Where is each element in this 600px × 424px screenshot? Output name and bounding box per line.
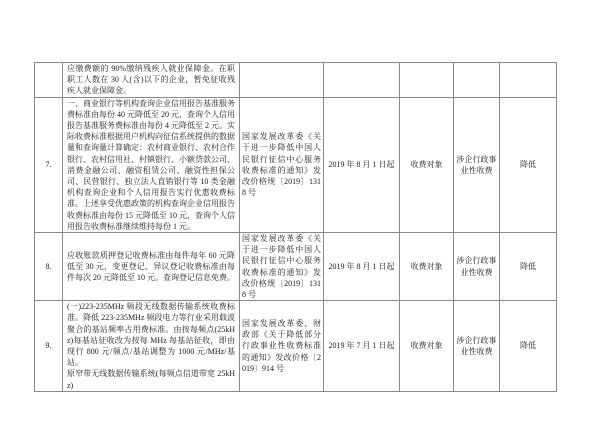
category-cell: 涉企行政事业性收费 xyxy=(454,301,500,392)
document-page: 应缴费额的 90%缴纳残疾人就业保障金。在职职工人数在 30 人(含)以下的企业… xyxy=(0,0,600,424)
policy-basis-cell: 国家发展改革委《关于进一步降低中国人民银行征信中心服务收费标准的通知》发改价格规… xyxy=(240,97,324,232)
payer-cell: 收费对象 xyxy=(400,233,454,301)
policy-basis-cell: 国家发展改革委《关于进一步降低中国人民银行征信中心服务收费标准的通知》发改价格规… xyxy=(240,233,324,301)
start-date-cell: 2019 年 7 月 1 日起 xyxy=(324,301,400,392)
category-cell: 涉企行政事业性收费 xyxy=(454,97,500,232)
action-cell xyxy=(500,63,557,98)
table-row-9: 9. (一)223-235MHz 频段无线数据传输系统收费标准。降低 223-2… xyxy=(35,301,557,392)
description-cell: (一)223-235MHz 频段无线数据传输系统收费标准。降低 223-235M… xyxy=(63,301,240,392)
payer-cell: 收费对象 xyxy=(400,301,454,392)
table-row-8: 8. 应收账款质押登记收费标准由每件每年 60 元降低至 30 元，变更登记、异… xyxy=(35,233,557,301)
action-cell: 降低 xyxy=(500,233,557,301)
policy-basis-cell xyxy=(240,63,324,98)
category-cell: 涉企行政事业性收费 xyxy=(454,233,500,301)
start-date-cell: 2019 年 8 月 1 日起 xyxy=(324,233,400,301)
description-cell: 应缴费额的 90%缴纳残疾人就业保障金。在职职工人数在 30 人(含)以下的企业… xyxy=(63,63,240,98)
row-number-cell: 8. xyxy=(35,233,63,301)
fee-items-table: 应缴费额的 90%缴纳残疾人就业保障金。在职职工人数在 30 人(含)以下的企业… xyxy=(34,62,557,392)
table-row-continuation: 应缴费额的 90%缴纳残疾人就业保障金。在职职工人数在 30 人(含)以下的企业… xyxy=(35,63,557,98)
action-cell: 降低 xyxy=(500,301,557,392)
start-date-cell: 2019 年 8 月 1 日起 xyxy=(324,97,400,232)
row-number-cell: 7. xyxy=(35,97,63,232)
payer-cell xyxy=(400,63,454,98)
row-number-cell xyxy=(35,63,63,98)
description-cell: 应收账款质押登记收费标准由每件每年 60 元降低至 30 元，变更登记、异议登记… xyxy=(63,233,240,301)
category-cell xyxy=(454,63,500,98)
start-date-cell xyxy=(324,63,400,98)
description-cell: 一、商业银行等机构查询企业信用报告基准服务费标准由每份 40 元降低至 20 元… xyxy=(63,97,240,232)
payer-cell: 收费对象 xyxy=(400,97,454,232)
row-number-cell: 9. xyxy=(35,301,63,392)
table-row-7: 7. 一、商业银行等机构查询企业信用报告基准服务费标准由每份 40 元降低至 2… xyxy=(35,97,557,232)
action-cell: 降低 xyxy=(500,97,557,232)
policy-basis-cell: 国家发展改革委、财政部《关于降低部分行政事业性收费标准的通知》发改价格〔2019… xyxy=(240,301,324,392)
